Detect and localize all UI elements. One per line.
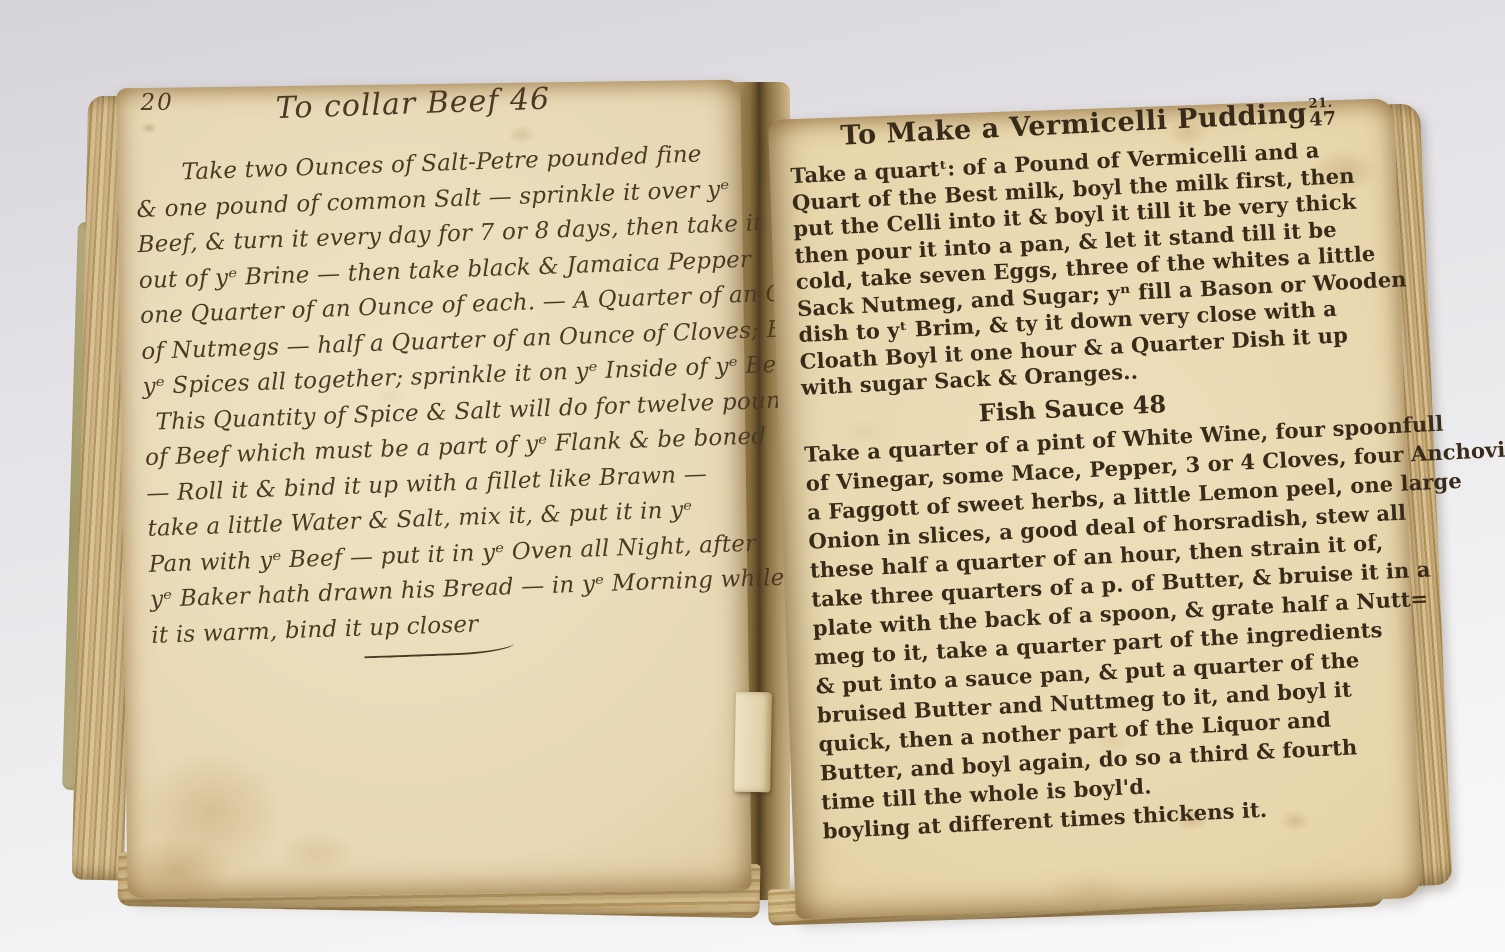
photograph: 20 To collar Beef 46 Take two Ounces of …	[0, 0, 1505, 952]
stain	[1044, 868, 1135, 911]
left-recipe-body: Take two Ounces of Salt-Petre pounded fi…	[135, 136, 752, 654]
stain	[136, 746, 288, 878]
stain	[277, 829, 358, 876]
right-page: To Make a Vermicelli Pudding21.47 Take a…	[768, 98, 1422, 919]
vermicelli-recipe-body: Take a quartᵗ: of a Pound of Vermicelli …	[790, 134, 1401, 402]
fish-sauce-body: Take a quarter of a pint of White Wine, …	[804, 410, 1423, 845]
recipe-number-bottom: 47	[1309, 110, 1337, 130]
recipe-number: 21.47	[1308, 97, 1337, 130]
left-page: 20 To collar Beef 46 Take two Ounces of …	[116, 80, 751, 899]
left-recipe-title: To collar Beef 46	[132, 75, 733, 131]
manuscript-book: 20 To collar Beef 46 Take two Ounces of …	[0, 0, 1505, 952]
left-page-text: To collar Beef 46 Take two Ounces of Sal…	[132, 75, 752, 666]
right-page-text: To Make a Vermicelli Pudding21.47 Take a…	[788, 94, 1423, 845]
stain	[121, 835, 232, 907]
torn-page-tab	[734, 692, 772, 793]
